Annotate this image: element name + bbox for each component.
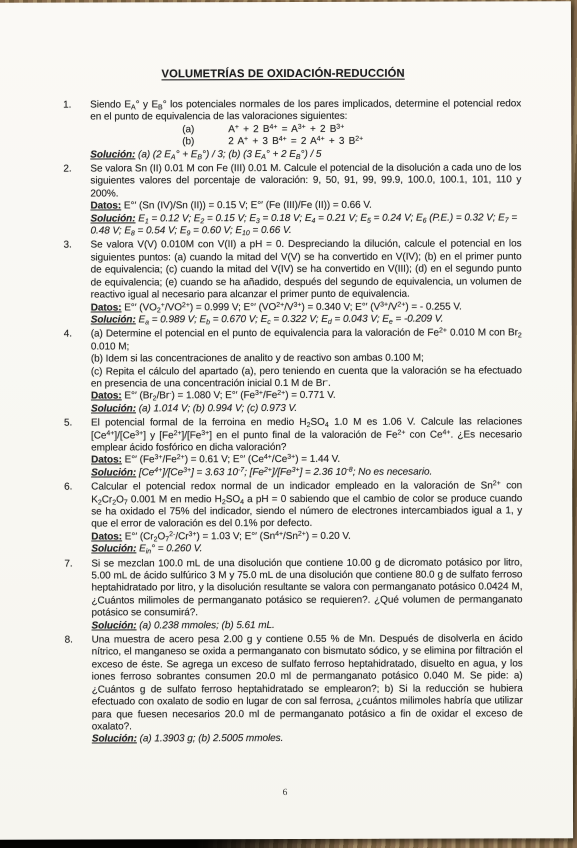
solucion-label: Solución: — [90, 213, 135, 224]
datos-line: Datos: E°′ (Sn (IV)/Sn (II)) = 0.15 V; E… — [90, 200, 521, 214]
datos-line: Datos: E°′ (VO2+/VO2+) = 0.999 V; E°′ (V… — [91, 301, 522, 315]
datos-content: E°′ (Br2/Br-) = 1.080 V; E°′ (Fe3+/Fe2+)… — [124, 390, 335, 402]
problem-number: 3. — [64, 240, 91, 252]
text-content: (c) Repita el cálculo del apartado (a), … — [91, 365, 522, 390]
equation-label: (a) — [182, 124, 228, 137]
document-page: VOLUMETRÍAS DE OXIDACIÓN-REDUCCIÓN 1.Sie… — [0, 1, 573, 840]
solucion-label: Solución: — [91, 467, 136, 478]
page-title: VOLUMETRÍAS DE OXIDACIÓN-REDUCCIÓN — [0, 67, 571, 81]
solucion-line: Solución: Ein° = 0.260 V. — [91, 543, 522, 557]
problem-body: Si se mezclan 100.0 mL de una disolución… — [91, 557, 522, 633]
solucion-line: Solución: (a) (2 EA° + EB°) / 3; (b) (3 … — [90, 148, 521, 162]
equation-formula: A+ + 2 B4+ = A3+ + 2 B3+ — [228, 124, 344, 137]
problem-statement: Si se mezclan 100.0 mL de una disolución… — [91, 557, 522, 620]
datos-content: E°′ (Sn (IV)/Sn (II)) = 0.15 V; E°′ (Fe … — [124, 200, 372, 212]
text-content: El potencial formal de la ferroina en me… — [91, 417, 522, 454]
scanned-document-screenshot: VOLUMETRÍAS DE OXIDACIÓN-REDUCCIÓN 1.Sie… — [0, 0, 577, 848]
problem-item: 1.Siendo EA° y EB° los potenciales norma… — [63, 98, 521, 161]
text-content: Se valora V(V) 0.010M con V(II) a pH = 0… — [91, 239, 522, 301]
solucion-content: E1 = 0.12 V; E2 = 0.15 V; E3 = 0.18 V; E… — [90, 212, 517, 237]
solucion-line: Solución: E1 = 0.12 V; E2 = 0.15 V; E3 =… — [90, 212, 521, 238]
solucion-line: Solución: (a) 1.014 V; (b) 0.994 V; (c) … — [91, 402, 522, 416]
problem-body: Calcular el potencial redox normal de un… — [91, 481, 522, 557]
page-number: 6 — [0, 787, 573, 799]
solucion-content: (a) 1.014 V; (b) 0.994 V; (c) 0.973 V. — [139, 403, 297, 414]
problem-item: 7.Si se mezclan 100.0 mL de una disoluci… — [64, 557, 522, 633]
problem-item: 4.(a) Determine el potencial en el punto… — [64, 328, 522, 416]
problem-number: 8. — [65, 635, 92, 647]
problem-body: Siendo EA° y EB° los potenciales normale… — [90, 98, 521, 161]
solucion-line: Solución: (a) 0.238 mmoles; (b) 5.61 mL. — [92, 619, 523, 633]
problem-body: (a) Determine el potencial en el punto d… — [91, 328, 522, 416]
text-content: Si se mezclan 100.0 mL de una disolución… — [91, 557, 522, 619]
problem-number: 1. — [63, 100, 90, 112]
solucion-label: Solución: — [91, 544, 136, 555]
problem-item: 5.El potencial formal de la ferroina en … — [64, 417, 522, 480]
solucion-content: Ein° = 0.260 V. — [139, 543, 202, 554]
problem-body: Se valora V(V) 0.010M con V(II) a pH = 0… — [91, 239, 522, 327]
problem-number: 2. — [63, 164, 90, 176]
text-content: (b) Idem si las concentraciones de anali… — [91, 353, 424, 365]
datos-content: E°′ (Fe3+/Fe2+) = 0.61 V; E°′ (Ce4+/Ce3+… — [125, 454, 341, 466]
text-content: Una muestra de acero pesa 2.00 g y conti… — [92, 633, 523, 732]
problem-item: 3.Se valora V(V) 0.010M con V(II) a pH =… — [64, 239, 522, 327]
equation-line: (a)A+ + 2 B4+ = A3+ + 2 B3+ — [90, 123, 521, 137]
datos-line: Datos: E°′ (Br2/Br-) = 1.080 V; E°′ (Fe3… — [91, 390, 522, 404]
datos-label: Datos: — [91, 531, 122, 542]
solucion-label: Solución: — [91, 403, 136, 414]
datos-label: Datos: — [91, 391, 122, 402]
datos-line: Datos: E°′ (Cr2O72-/Cr3+) = 1.03 V; E°′ … — [91, 530, 522, 544]
problem-statement: El potencial formal de la ferroina en me… — [91, 417, 522, 455]
problem-number: 6. — [64, 482, 91, 494]
solucion-content: (a) 0.238 mmoles; (b) 5.61 mL. — [139, 620, 275, 631]
solucion-label: Solución: — [91, 314, 136, 325]
problem-number: 4. — [64, 329, 91, 341]
problem-statement: (c) Repita el cálculo del apartado (a), … — [91, 365, 522, 391]
equation-line: (b)2 A+ + 3 B4+ = 2 A4+ + 3 B2+ — [90, 136, 521, 150]
text-content: Siendo EA° y EB° los potenciales normale… — [90, 98, 521, 123]
datos-line: Datos: E°′ (Fe3+/Fe2+) = 0.61 V; E°′ (Ce… — [91, 454, 522, 468]
problem-body: Se valora Sn (II) 0.01 M con Fe (III) 0.… — [90, 162, 521, 238]
datos-content: E°′ (VO2+/VO2+) = 0.999 V; E°′ (VO2+/V3+… — [124, 301, 462, 313]
problem-item: 2.Se valora Sn (II) 0.01 M con Fe (III) … — [63, 162, 521, 238]
problem-body: Una muestra de acero pesa 2.00 g y conti… — [92, 633, 523, 746]
solucion-content: [Ce4+]/[Ce3+] = 3.63 10-7; [Fe2+]/[Fe3+]… — [139, 466, 432, 478]
problem-body: El potencial formal de la ferroina en me… — [91, 417, 522, 480]
problem-item: 6.Calcular el potencial redox normal de … — [64, 481, 522, 557]
text-content: Se valora Sn (II) 0.01 M con Fe (III) 0.… — [90, 162, 521, 199]
problem-statement: Una muestra de acero pesa 2.00 g y conti… — [92, 633, 523, 733]
solucion-label: Solución: — [92, 734, 137, 745]
text-content: (a) Determine el potencial en el punto d… — [91, 328, 522, 353]
problem-list: 1.Siendo EA° y EB° los potenciales norma… — [63, 98, 523, 748]
datos-content: E°′ (Cr2O72-/Cr3+) = 1.03 V; E°′ (Sn4+/S… — [125, 531, 351, 543]
problem-statement: Calcular el potencial redox normal de un… — [91, 481, 522, 532]
equation-label: (b) — [182, 136, 228, 149]
solucion-line: Solución: (a) 1.3903 g; (b) 2.5005 mmole… — [92, 733, 523, 747]
datos-label: Datos: — [91, 302, 122, 313]
problem-item: 8.Una muestra de acero pesa 2.00 g y con… — [65, 633, 523, 746]
equation-formula: 2 A+ + 3 B4+ = 2 A4+ + 3 B2+ — [228, 136, 363, 149]
text-content: Calcular el potencial redox normal de un… — [91, 481, 522, 530]
problem-statement: (a) Determine el potencial en el punto d… — [91, 328, 522, 354]
solucion-label: Solución: — [92, 620, 137, 631]
problem-number: 7. — [64, 558, 91, 570]
problem-statement: Siendo EA° y EB° los potenciales normale… — [90, 98, 521, 124]
datos-label: Datos: — [91, 455, 122, 466]
datos-label: Datos: — [90, 201, 121, 212]
solucion-content: Ea = 0.989 V; Eb = 0.670 V; Ec = 0.322 V… — [138, 313, 443, 325]
solucion-line: Solución: [Ce4+]/[Ce3+] = 3.63 10-7; [Fe… — [91, 466, 522, 480]
problem-statement: Se valora V(V) 0.010M con V(II) a pH = 0… — [91, 239, 522, 302]
solucion-label: Solución: — [90, 149, 135, 160]
problem-number: 5. — [64, 418, 91, 430]
solucion-content: (a) 1.3903 g; (b) 2.5005 mmoles. — [140, 733, 284, 744]
solucion-line: Solución: Ea = 0.989 V; Eb = 0.670 V; Ec… — [91, 313, 522, 327]
problem-statement: Se valora Sn (II) 0.01 M con Fe (III) 0.… — [90, 162, 521, 200]
problem-statement: (b) Idem si las concentraciones de anali… — [91, 353, 522, 367]
solucion-content: (a) (2 EA° + EB°) / 3; (b) (3 EA° + 2 EB… — [138, 149, 321, 160]
